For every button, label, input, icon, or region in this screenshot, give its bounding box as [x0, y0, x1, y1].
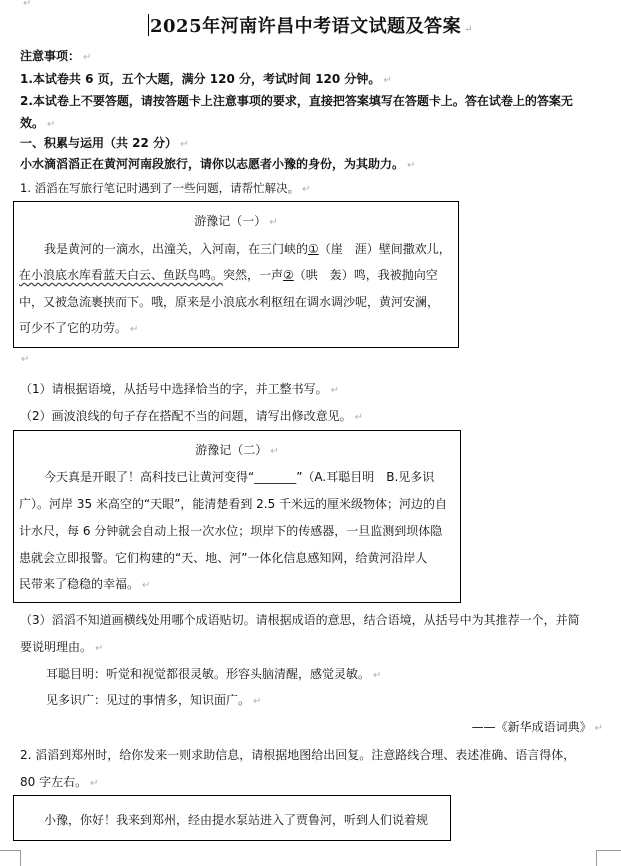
paragraph-mark: ↵ — [83, 52, 91, 63]
paragraph-mark: ↵ — [21, 354, 29, 365]
passage-1-line-2: 在小浪底水库看蓝天白云、鱼跃鸟鸣。突然，一声②（哄 轰）鸣，我被抛向空 — [19, 266, 438, 283]
title-text: 2025年河南许昌中考语文试题及答案 — [150, 16, 461, 37]
text-cursor — [148, 14, 149, 36]
passage-1-line-3: 中，又被急流裹挟而下。哦，原来是小浪底水利枢纽在调水调沙呢，黄河安澜， — [19, 293, 439, 310]
passage-text: 突然，一声 — [223, 268, 283, 282]
section-intro-text: 小水滴滔滔正在黄河河南段旅行，请你以志愿者小豫的身份，为其助力。 — [20, 157, 404, 171]
passage-box-1: 游豫记（一）↵ 我是黄河的一滴水，出潼关，入河南，在三门峡的①（崖 涯）壁间撒欢… — [13, 201, 459, 348]
paragraph-mark: ↵ — [180, 139, 188, 150]
paragraph-mark: ↵ — [130, 324, 138, 335]
paragraph-mark: ↵ — [47, 119, 55, 130]
source-text: ——《新华成语词典》 — [472, 720, 592, 734]
passage-2-line-2: 广）。河岸 35 米高空的“天眼”，能清楚看到 2.5 千米远的厘米级物体；河边… — [19, 495, 447, 512]
section-intro: 小水滴滔滔正在黄河河南段旅行，请你以志愿者小豫的身份，为其助力。↵ — [20, 155, 415, 172]
passage-2-line-5: 民带来了稳稳的幸福。↵ — [19, 575, 150, 592]
sub-question-1: （1）请根据语境，从括号中选择恰当的字，并工整书写。↵ — [20, 380, 339, 397]
paragraph-mark: ↵ — [142, 580, 150, 591]
idiom-text: 见多识广：见过的事情多，知识面广。 — [46, 693, 250, 707]
paragraph-mark: ↵ — [302, 184, 310, 195]
sub-question-3-cont: 要说明理由。↵ — [20, 638, 103, 655]
blank-marker-2: ② — [283, 268, 294, 282]
notice-item-text: 2.本试卷上不要答题，请按答题卡上注意事项的要求，直接把答案填写在答题卡上。答在… — [20, 94, 573, 108]
sub-question-text: （2）画波浪线的句子存在搭配不当的问题，请写出修改意见。 — [20, 409, 352, 423]
section-heading: 一、积累与运用（共 22 分）↵ — [20, 134, 188, 151]
paragraph-mark: ↵ — [269, 217, 277, 228]
notice-heading-text: 注意事项： — [20, 49, 80, 63]
question-2-stem: 2. 滔滔到郑州时，给你发来一则求助信息，请根据地图给出回复。注意路线合理、表述… — [20, 746, 575, 763]
paragraph-mark: ↵ — [95, 643, 103, 654]
paragraph-mark: ↵ — [373, 670, 381, 681]
question-2-stem-cont: 80 字左右。↵ — [20, 773, 98, 790]
passage-1-line-1: 我是黄河的一滴水，出潼关，入河南，在三门峡的①（崖 涯）壁间撒欢儿， — [44, 240, 451, 257]
idiom-definition-2: 见多识广：见过的事情多，知识面广。↵ — [46, 691, 261, 708]
passage-text: 我是黄河的一滴水，出潼关，入河南，在三门峡的 — [44, 242, 308, 256]
wavy-underlined-sentence: 在小浪底水库看蓝天白云、鱼跃鸟鸣。 — [19, 268, 223, 282]
question-text: 80 字左右。 — [20, 775, 87, 789]
paragraph-mark: ↵ — [383, 75, 391, 86]
paragraph-mark: ↵ — [464, 24, 473, 35]
paragraph-mark: ↵ — [253, 696, 261, 707]
idiom-text: 耳聪目明：听觉和视觉都很灵敏。形容头脑清醒，感觉灵敏。 — [46, 667, 370, 681]
paragraph-mark: ↵ — [90, 778, 98, 789]
question-1-stem: 1. 滔滔在写旅行笔记时遇到了一些问题，请帮忙解决。↵ — [20, 180, 311, 196]
passage-2-line-3: 计水尺，每 6 分钟就会自动上报一次水位；坝岸下的传感器，一旦监测到坝体隐 — [19, 522, 442, 539]
sub-question-2: （2）画波浪线的句子存在搭配不当的问题，请写出修改意见。↵ — [20, 407, 363, 424]
passage-text: 民带来了稳稳的幸福。 — [19, 577, 139, 591]
document-title[interactable]: 2025年河南许昌中考语文试题及答案↵ — [0, 12, 621, 38]
paragraph-mark: ↵ — [407, 160, 415, 171]
section-heading-text: 一、积累与运用（共 22 分） — [20, 136, 177, 150]
passage-text: （哄 轰）鸣，我被抛向空 — [294, 268, 438, 282]
page-corner-mark-left — [0, 850, 21, 866]
passage-box-2: 游豫记（二）↵ 今天真是开眼了！高科技已让黄河变得“_______”（A.耳聪目… — [13, 430, 461, 603]
paragraph-mark: ↵ — [355, 412, 363, 423]
notice-item-1: 1.本试卷共 6 页，五个大题，满分 120 分，考试时间 120 分钟。↵ — [20, 70, 392, 87]
notice-item-2-cont: 效。↵ — [20, 114, 55, 131]
passage-title-text: 游豫记（一） — [194, 214, 266, 228]
passage-1-line-4: 可少不了它的功劳。↵ — [19, 319, 138, 336]
passage-text: （崖 涯）壁间撒欢儿， — [319, 242, 451, 256]
paragraph-mark: ↵ — [595, 723, 603, 734]
blank-marker-1: ① — [308, 242, 319, 256]
paragraph-mark: ↵ — [331, 385, 339, 396]
notice-item-text: 效。 — [20, 116, 44, 130]
passage-1-title: 游豫记（一）↵ — [14, 212, 458, 229]
passage-text: 可少不了它的功劳。 — [19, 321, 127, 335]
passage-2-line-1: 今天真是开眼了！高科技已让黄河变得“_______”（A.耳聪目明 B.见多识 — [44, 468, 434, 485]
notice-item-text: 1.本试卷共 6 页，五个大题，满分 120 分，考试时间 120 分钟。 — [20, 72, 380, 86]
message-box: 小豫，你好！我来到郑州，经由提水泵站进入了贾鲁河，听到人们说着规 — [13, 795, 451, 841]
notice-item-2: 2.本试卷上不要答题，请按答题卡上注意事项的要求，直接把答案填写在答题卡上。答在… — [20, 92, 573, 109]
source-citation: ——《新华成语词典》↵ — [472, 718, 603, 735]
sub-question-text: 要说明理由。 — [20, 640, 92, 654]
help-message: 小豫，你好！我来到郑州，经由提水泵站进入了贾鲁河，听到人们说着规 — [44, 811, 428, 828]
passage-2-title: 游豫记（二）↵ — [14, 441, 460, 458]
passage-title-text: 游豫记（二） — [195, 443, 267, 457]
notice-heading: 注意事项：↵ — [20, 47, 91, 64]
passage-2-line-4: 患就会立即报警。它们构建的“天、地、河”一体化信息感知网，给黄河沿岸人 — [19, 549, 427, 566]
idiom-definition-1: 耳聪目明：听觉和视觉都很灵敏。形容头脑清醒，感觉灵敏。↵ — [46, 665, 381, 682]
paragraph-mark: ↵ — [270, 446, 278, 457]
sub-question-3: （3）滔滔不知道画横线处用哪个成语贴切。请根据成语的意思，结合语境，从括号中为其… — [20, 611, 580, 628]
sub-question-text: （1）请根据语境，从括号中选择恰当的字，并工整书写。 — [20, 382, 328, 396]
paragraph-mark: ↵ — [23, 0, 31, 9]
page-corner-mark-right — [596, 850, 621, 866]
question-text: 1. 滔滔在写旅行笔记时遇到了一些问题，请帮忙解决。 — [20, 181, 299, 195]
